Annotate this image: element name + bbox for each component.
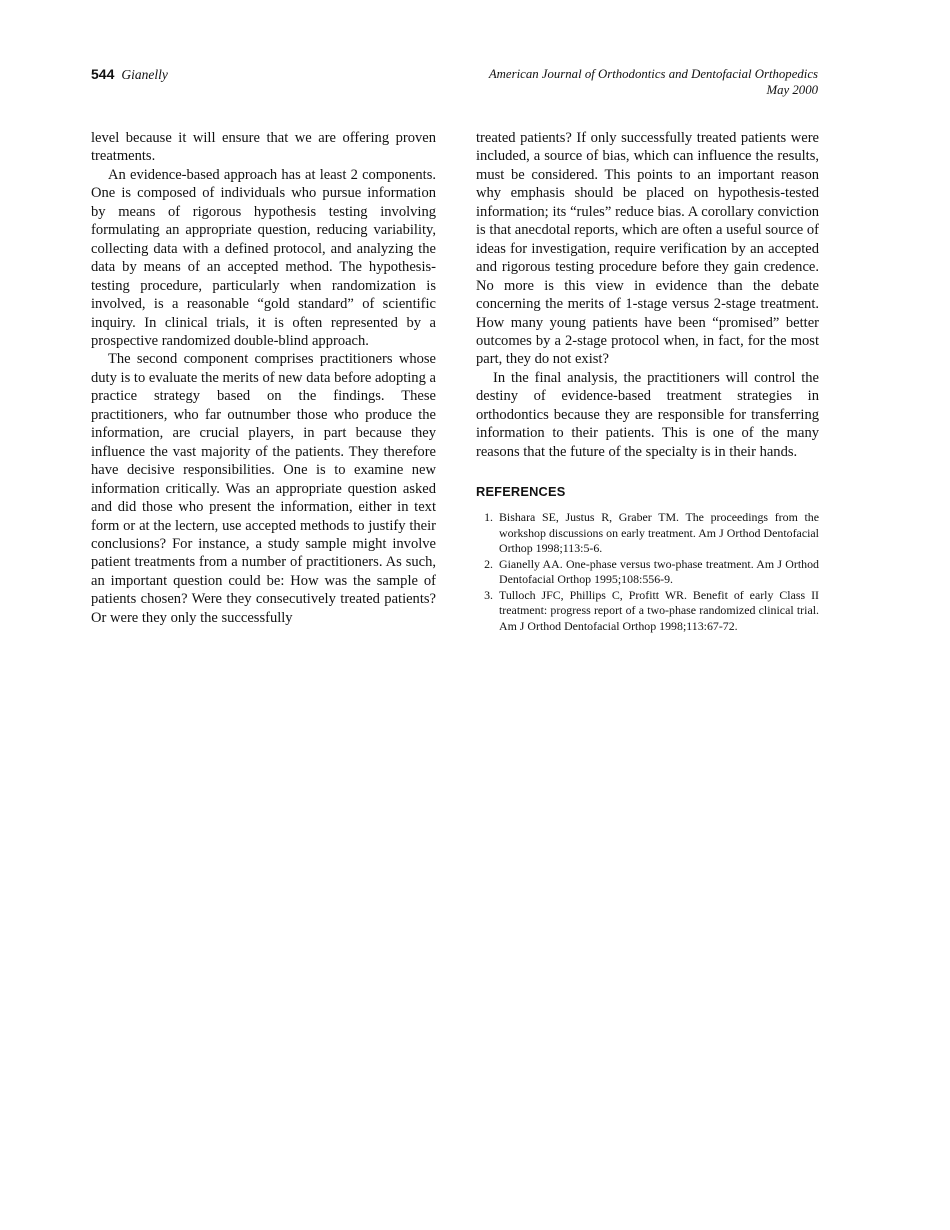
reference-text: Tulloch JFC, Phillips C, Profitt WR. Ben… — [499, 588, 819, 635]
issue-date: May 2000 — [489, 82, 818, 98]
page-number: 544 — [91, 66, 114, 82]
reference-text: Gianelly AA. One-phase versus two-phase … — [499, 557, 819, 588]
running-header: 544Gianelly American Journal of Orthodon… — [91, 66, 818, 98]
paragraph: treated patients? If only successfully t… — [476, 129, 819, 369]
reference-number: 1. — [481, 510, 493, 557]
paragraph: In the final analysis, the practitioners… — [476, 369, 819, 461]
header-right: American Journal of Orthodontics and Den… — [489, 66, 818, 98]
reference-item: 1. Bishara SE, Justus R, Graber TM. The … — [476, 510, 819, 557]
references-heading: REFERENCES — [476, 484, 819, 499]
author-name: Gianelly — [121, 67, 168, 82]
reference-item: 2. Gianelly AA. One-phase versus two-pha… — [476, 557, 819, 588]
reference-number: 2. — [481, 557, 493, 588]
paragraph: An evidence-based approach has at least … — [91, 166, 436, 351]
reference-item: 3. Tulloch JFC, Phillips C, Profitt WR. … — [476, 588, 819, 635]
header-left: 544Gianelly — [91, 66, 168, 83]
reference-text: Bishara SE, Justus R, Graber TM. The pro… — [499, 510, 819, 557]
paragraph: The second component comprises practitio… — [91, 350, 436, 627]
journal-name: American Journal of Orthodontics and Den… — [489, 66, 818, 82]
paragraph: level because it will ensure that we are… — [91, 129, 436, 166]
left-column: level because it will ensure that we are… — [91, 129, 436, 627]
reference-number: 3. — [481, 588, 493, 635]
right-column: treated patients? If only successfully t… — [476, 129, 819, 634]
references-list: 1. Bishara SE, Justus R, Graber TM. The … — [476, 510, 819, 634]
journal-page: 544Gianelly American Journal of Orthodon… — [0, 0, 950, 1230]
